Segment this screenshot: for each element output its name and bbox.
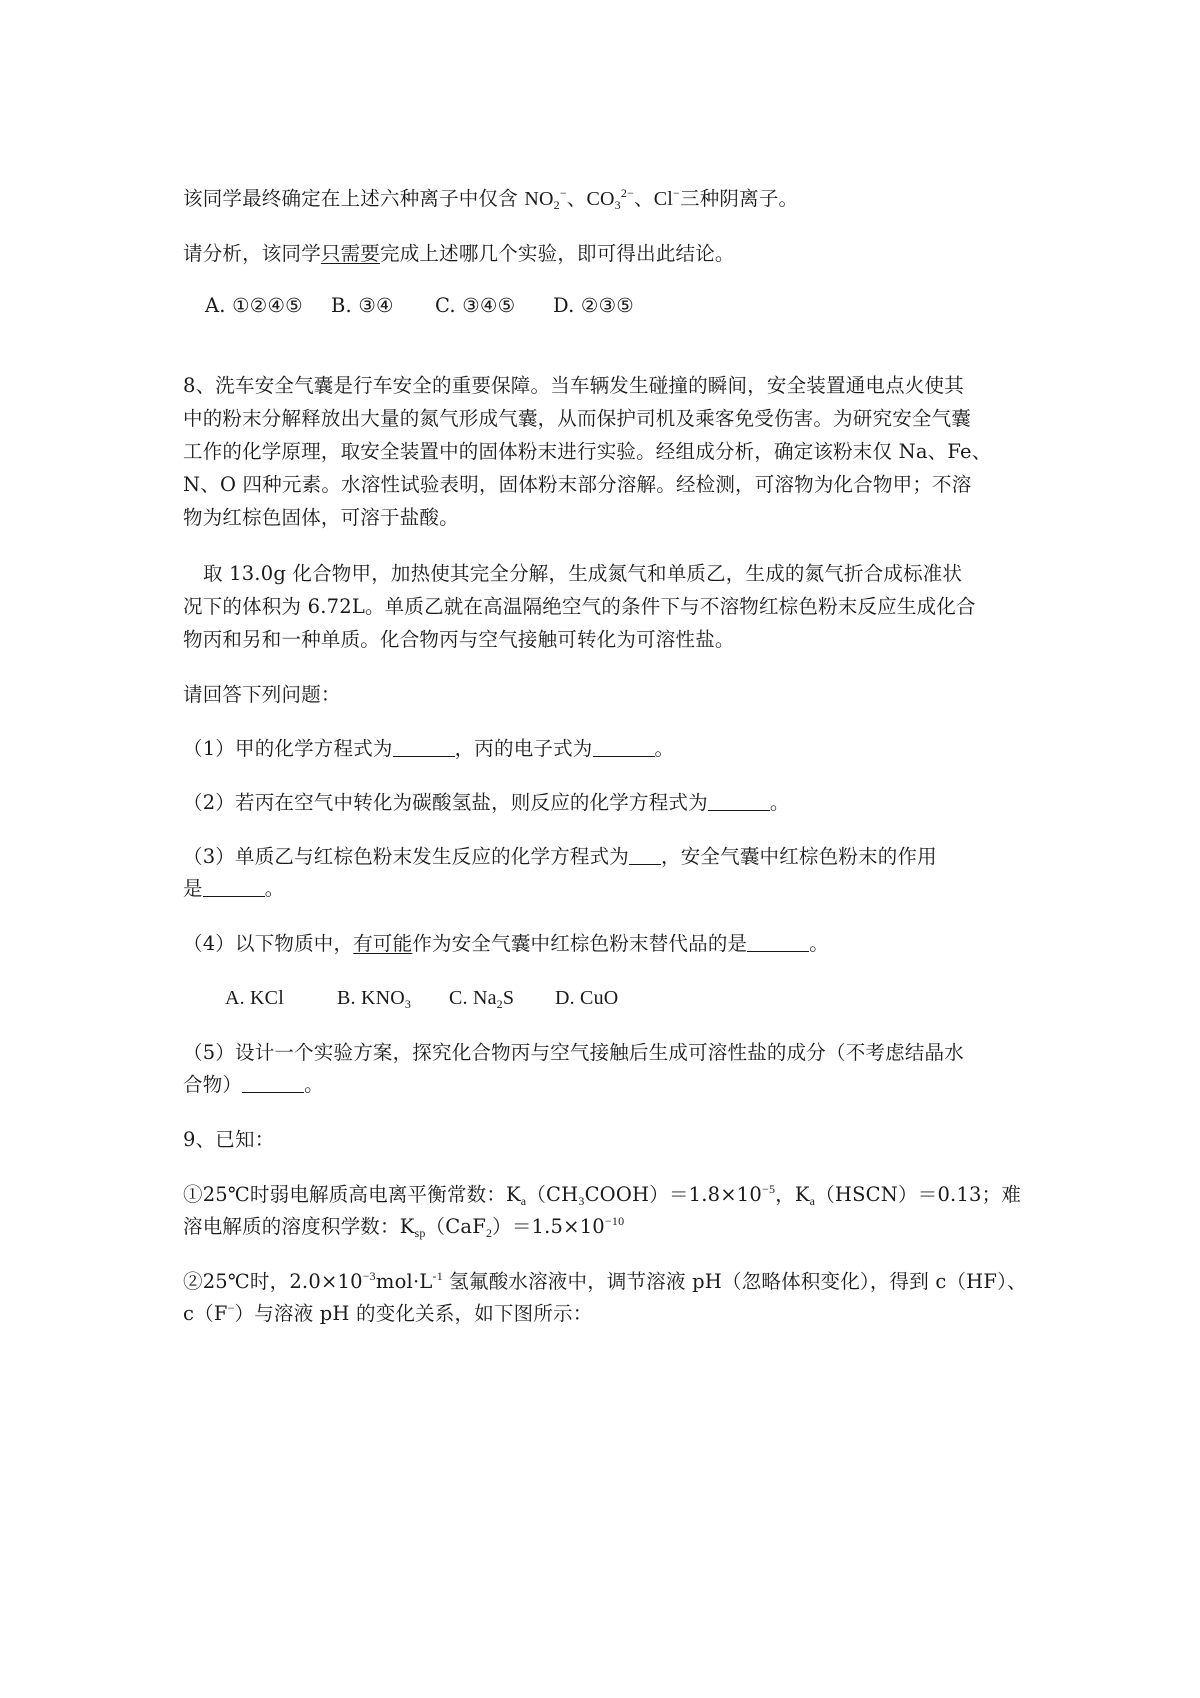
superscript: − (228, 1301, 235, 1315)
q8-sub5-cont: 合物）。 (183, 1070, 324, 1100)
q8-para2-line-2: 况下的体积为 6.72L。单质乙就在高温隔绝空气的条件下与不溶物红棕色粉末反应生… (183, 592, 976, 622)
text: c（F (183, 1302, 228, 1325)
answer-blank-4[interactable] (747, 931, 809, 952)
text: 合物） (183, 1073, 242, 1096)
q7-prompt: 请分析，该同学只需要完成上述哪几个实验，即可得出此结论。 (183, 239, 735, 269)
q9-item2-line1: ②25℃时，2.0×10−3mol·L-1 氢氟酸水溶液中，调节溶液 pH（忽略… (183, 1267, 1027, 1297)
text: （2）若丙在空气中转化为碳酸氢盐，则反应的化学方程式为 (183, 791, 708, 814)
q8-sub1: （1）甲的化学方程式为，丙的电子式为。 (183, 734, 674, 764)
answer-blank-2[interactable] (708, 790, 770, 811)
text: B. KNO (337, 987, 405, 1009)
q8-para2-line-1: 取 13.0g 化合物甲，加热使其完全分解，生成氮气和单质乙，生成的氮气折合成标… (203, 559, 962, 589)
q9-item1-line1: ①25℃时弱电解质高电离平衡常数：Ka（CH3COOH）＝1.8×10−5，Ka… (183, 1180, 1021, 1210)
q8-sub3-cont: 是。 (183, 874, 284, 904)
option-a-kcl[interactable]: A. KCl (225, 983, 337, 1013)
subscript: sp (414, 1226, 425, 1240)
text: 。 (265, 877, 285, 900)
answer-blank-5[interactable] (242, 1072, 304, 1093)
text: mol·L (376, 1270, 433, 1293)
text: （3）单质乙与红棕色粉末发生反应的化学方程式为 (183, 845, 629, 868)
text: S (503, 987, 514, 1009)
q8-intro-line-4: N、O 四种元素。水溶性试验表明，固体粉末部分溶解。经检测，可溶物为化合物甲；不… (183, 470, 971, 500)
q9-item2-line2: c（F−）与溶液 pH 的变化关系，如下图所示： (183, 1299, 592, 1329)
q8-para2-line-3: 物丙和另和一种单质。化合物丙与空气接触可转化为可溶性盐。 (183, 625, 735, 655)
text: 溶电解质的溶度积学数：K (183, 1215, 414, 1238)
text: 是 (183, 877, 203, 900)
q8-intro-line-2: 中的粉末分解释放出大量的氮气形成气囊，从而保护司机及乘客免受伤害。为研究安全气囊 (183, 404, 971, 434)
q8-sub2: （2）若丙在空气中转化为碳酸氢盐，则反应的化学方程式为。 (183, 788, 790, 818)
superscript: −10 (605, 1214, 624, 1228)
text: （1）甲的化学方程式为 (183, 737, 393, 760)
text: 。 (304, 1073, 324, 1096)
text: 作为安全气囊中红棕色粉末替代品的是 (412, 932, 747, 955)
q9-item1-line2: 溶电解质的溶度积学数：Ksp（CaF2）＝1.5×10−10 (183, 1212, 624, 1242)
text: 。 (655, 737, 675, 760)
q9-title: 9、已知： (183, 1125, 274, 1155)
text: ）＝1.5×10 (492, 1215, 605, 1238)
q8-intro-line-1: 8、洗车安全气囊是行车安全的重要保障。当车辆发生碰撞的瞬间，安全装置通电点火使其 (183, 371, 964, 401)
q8-sub5: （5）设计一个实验方案，探究化合物丙与空气接触后生成可溶性盐的成分（不考虑结晶水 (183, 1038, 964, 1068)
option-d-cuo[interactable]: D. CuO (555, 983, 618, 1013)
text: 。 (809, 932, 829, 955)
text: （CH (526, 1183, 578, 1206)
text: 完成上述哪几个实验，即可得出此结论。 (380, 242, 735, 265)
text: ，丙的电子式为 (455, 737, 593, 760)
q7-conclusion: 该同学最终确定在上述六种离子中仅含 NO2−、CO32−、Cl−三种阴离子。 (183, 184, 798, 214)
superscript: − (673, 186, 680, 200)
emphasis-underlined: 只需要 (321, 242, 380, 265)
superscript: −5 (762, 1182, 775, 1196)
option-b[interactable]: B. ③④ (331, 291, 435, 321)
text: COOH）＝1.8×10 (585, 1183, 762, 1206)
ion-chloride: Cl (654, 188, 673, 210)
option-c-na2s[interactable]: C. Na2S (449, 983, 555, 1013)
superscript: −3 (363, 1269, 376, 1283)
text: 请分析，该同学 (183, 242, 321, 265)
text: ①25℃时弱电解质高电离平衡常数：K (183, 1183, 521, 1206)
subscript: 2 (554, 198, 560, 212)
text: ②25℃时，2.0×10 (183, 1270, 363, 1293)
text: 氢氟酸水溶液中，调节溶液 pH（忽略体积变化），得到 c（HF）、 (443, 1270, 1027, 1293)
text: （CaF (426, 1215, 486, 1238)
separator: 、 (634, 187, 654, 210)
text: C. Na (449, 987, 497, 1009)
text: 三种阴离子。 (680, 187, 798, 210)
answer-blank-3b[interactable] (203, 876, 265, 897)
answer-blank-1b[interactable] (593, 736, 655, 757)
answer-blank-3a[interactable] (629, 844, 661, 865)
text: ）与溶液 pH 的变化关系，如下图所示： (235, 1302, 593, 1325)
text: （HSCN）＝0.13；难 (815, 1183, 1021, 1206)
ion-nitrite: NO (524, 188, 553, 210)
q8-sub4: （4）以下物质中，有可能作为安全气囊中红棕色粉末替代品的是。 (183, 929, 829, 959)
superscript: 2− (621, 186, 634, 200)
superscript: -1 (433, 1269, 443, 1283)
ion-carbonate: CO (586, 188, 614, 210)
separator: 、 (567, 187, 587, 210)
emphasis-underlined: 有可能 (353, 932, 412, 955)
option-d[interactable]: D. ②③⑤ (553, 291, 634, 321)
subscript: 3 (405, 997, 411, 1011)
text: （4）以下物质中， (183, 932, 353, 955)
subscript: 3 (615, 198, 621, 212)
option-a[interactable]: A. ①②④⑤ (205, 291, 331, 321)
q7-options: A. ①②④⑤B. ③④C. ③④⑤D. ②③⑤ (205, 291, 634, 321)
q8-ask: 请回答下列问题： (183, 680, 341, 710)
option-b-kno3[interactable]: B. KNO3 (337, 983, 449, 1013)
answer-blank-1a[interactable] (393, 736, 455, 757)
q8-sub3: （3）单质乙与红棕色粉末发生反应的化学方程式为，安全气囊中红棕色粉末的作用 (183, 842, 937, 872)
q8-intro-line-5: 物为红棕色固体，可溶于盐酸。 (183, 503, 459, 533)
q8-intro-line-3: 工作的化学原理，取安全装置中的固体粉末进行实验。经组成分析，确定该粉末仅 Na、… (183, 437, 992, 467)
option-c[interactable]: C. ③④⑤ (435, 291, 553, 321)
q8-sub4-options: A. KClB. KNO3C. Na2SD. CuO (225, 983, 618, 1013)
text: 该同学最终确定在上述六种离子中仅含 (183, 187, 524, 210)
superscript: − (560, 186, 567, 200)
text: ，安全气囊中红棕色粉末的作用 (661, 845, 937, 868)
text: ，K (775, 1183, 809, 1206)
text: 。 (770, 791, 790, 814)
